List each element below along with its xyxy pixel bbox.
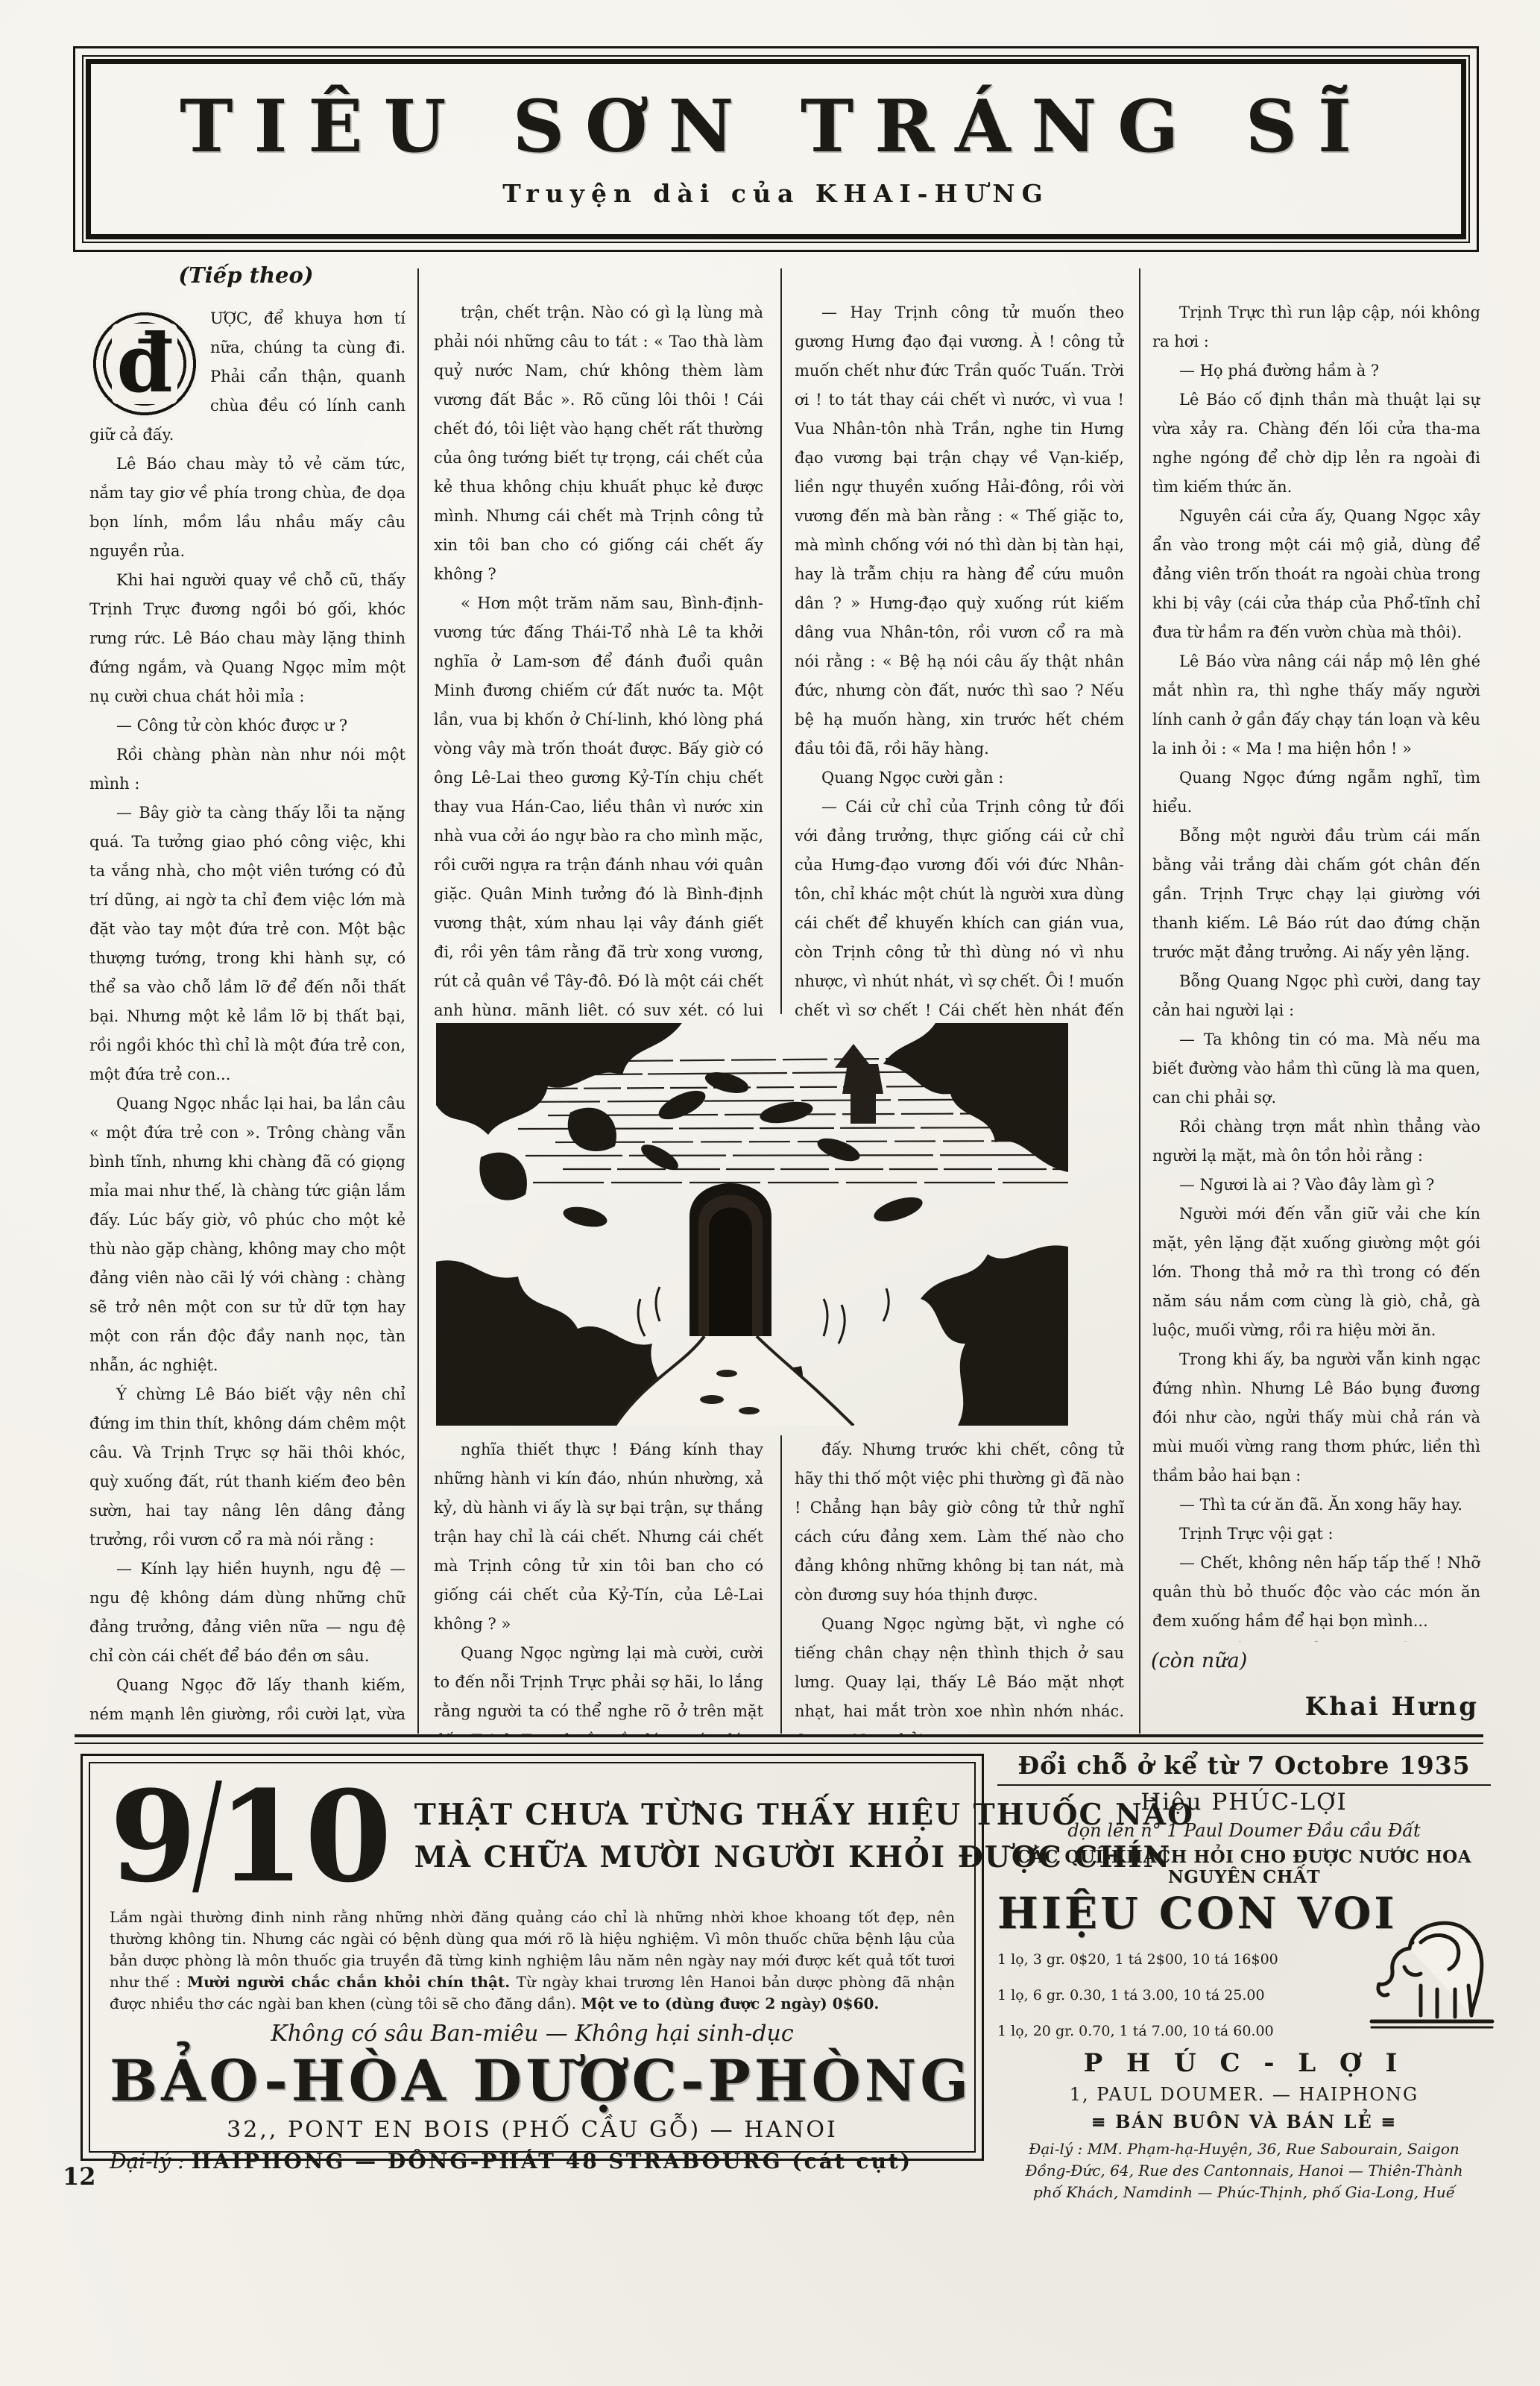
lead-paragraph: đƯỢC, để khuya hơn tí nữa, chúng ta cùng… — [89, 304, 405, 450]
paragraph: Đại-lý : MM. Phạm-hạ-Huyện, 36, Rue Sabo… — [997, 2138, 1491, 2160]
score-numerator: 9 — [110, 1774, 197, 1899]
ad-phuc-loi: Đổi chỗ ở kể từ 7 Octobre 1935 Hiệu PHÚC… — [997, 1751, 1491, 2168]
score-9-10: 9 10 — [110, 1774, 392, 1899]
masthead-subtitle: Truyện dài của KHAI-HƯNG — [502, 179, 1050, 208]
paragraph: Quang Ngọc nhắc lại hai, ba lần câu « mộ… — [89, 1089, 405, 1380]
paragraph: Quang Ngọc đứng ngẫm nghĩ, tìm hiểu. — [1152, 764, 1480, 822]
column-rule-2-bottom — [780, 1435, 782, 1734]
paragraph: Trong khi ấy, ba người vẫn kinh ngạc đứn… — [1152, 1345, 1480, 1491]
column-4-paragraphs: Trịnh Trực thì run lập cập, nói không ra… — [1152, 298, 1480, 1642]
paragraph: — Kính lạy hiền huynh, ngu đệ — ngu đệ k… — [89, 1555, 405, 1671]
ad-promise: CÁC QUÍ-KHÁCH HỎI CHO ĐƯỢC NƯỚC HOA NGUY… — [997, 1847, 1491, 1887]
paragraph: Bỗng một người đầu trùm cái mấn bằng vải… — [1152, 822, 1480, 967]
ad-bao-hoa: 9 10 THẬT CHƯA TỪNG THẤY HIỆU THUỐC NÀO … — [89, 1762, 976, 2153]
ad-shop-label: Hiệu PHÚC-LỢI — [997, 1789, 1491, 1816]
page-title: TIÊU SƠN TRÁNG SĨ — [180, 91, 1372, 163]
story-closing: (còn nữa) Khai Hưng — [1151, 1649, 1479, 1722]
ad-brand2: P H Ú C - L Ợ I — [997, 2048, 1491, 2078]
paragraph: Nguyên cái cửa ấy, Quang Ngọc xây ẩn vào… — [1152, 502, 1480, 647]
ad-body-bold-claim: Mười người chắc chắn khỏi chín thật. — [187, 1973, 510, 1991]
paragraph: — Thì ta cứ ăn đã. Ăn xong hãy hay. — [1152, 1491, 1480, 1520]
masthead-inner-frame: TIÊU SƠN TRÁNG SĨ Truyện dài của KHAI-HƯ… — [86, 59, 1466, 239]
paragraph: trận, chết trận. Nào có gì lạ lùng mà ph… — [434, 298, 763, 589]
paragraph: Quang Ngọc cười gằn : — [795, 764, 1124, 793]
ad-agents-value: HAIPHONG — ĐÔNG-PHÁT 48 STRABOURG (cát c… — [192, 2149, 912, 2173]
column-3-bottom-paragraphs: đấy. Nhưng trước khi chết, công tử hãy t… — [795, 1435, 1124, 1735]
paragraph: Lê Báo vừa nâng cái nắp mộ lên ghé mắt n… — [1152, 647, 1480, 764]
paragraph: nghĩa thiết thực ! Đáng kính thay những … — [434, 1435, 763, 1639]
story-column-3-top: — Hay Trịnh công tử muốn theo gương Hưng… — [795, 298, 1124, 1016]
ad-body-text: Lắm ngài thường đinh ninh rằng những nhờ… — [110, 1907, 955, 2015]
ad-price-line: Một ve to (dùng được 2 ngày) 0$60. — [581, 1995, 879, 2012]
ad-tagline: Không có sâu Ban-miêu — Không hại sinh-d… — [110, 2021, 955, 2047]
ad-sale-note: ≡ BÁN BUÔN VÀ BÁN LẺ ≡ — [997, 2111, 1491, 2132]
ad-shop-name: BẢO-HÒA DƯỢC-PHÒNG — [110, 2051, 955, 2111]
tomb-doorway — [689, 1183, 771, 1336]
paragraph: — Công tử còn khóc được ư ? — [89, 711, 405, 740]
column-2-top-paragraphs: trận, chết trận. Nào có gì lạ lùng mà ph… — [434, 298, 763, 1016]
paragraph: Lê Báo cố định thần mà thuật lại sự vừa … — [1152, 385, 1480, 502]
distant-pagoda — [835, 1044, 883, 1124]
paragraph: Ý chừng Lê Báo biết vậy nên chỉ đứng im … — [89, 1380, 405, 1555]
paragraph: — Chết, không nên hấp tấp thế ! Nhỡ quân… — [1152, 1549, 1480, 1636]
ad-agents-line: Đại-lý : HAIPHONG — ĐÔNG-PHÁT 48 STRABOU… — [110, 2149, 955, 2173]
story-column-3-bottom: đấy. Nhưng trước khi chết, công tử hãy t… — [795, 1435, 1124, 1735]
column-rule-2-top — [780, 268, 782, 1014]
paragraph: Người mới đến vẫn giữ vải che kín mặt, y… — [1152, 1200, 1480, 1345]
ad-agent-list: Đại-lý : MM. Phạm-hạ-Huyện, 36, Rue Sabo… — [997, 2138, 1491, 2203]
column-1-paragraphs: Lê Báo chau mày tỏ vẻ căm tức, nắm tay g… — [89, 450, 405, 1734]
story-column-2-top: trận, chết trận. Nào có gì lạ lùng mà ph… — [434, 298, 763, 1016]
ad-address2: 1, PAUL DOUMER. — HAIPHONG — [997, 2084, 1491, 2105]
column-2-bottom-paragraphs: nghĩa thiết thực ! Đáng kính thay những … — [434, 1435, 763, 1735]
story-column-4: Trịnh Trực thì run lập cập, nói không ra… — [1152, 298, 1480, 1642]
paragraph: Rồi chàng trợn mắt nhìn thẳng vào người … — [1152, 1112, 1480, 1171]
elephant-icon — [1369, 1896, 1495, 2034]
story-column-2-bottom: nghĩa thiết thực ! Đáng kính thay những … — [434, 1435, 763, 1735]
column-3-top-paragraphs: — Hay Trịnh công tử muốn theo gương Hưng… — [795, 298, 1124, 1016]
paragraph: Khi hai người quay về chỗ cũ, thấy Trịnh… — [89, 566, 405, 711]
paragraph: Rồi chàng phàn nàn như nói một mình : — [89, 740, 405, 799]
section-divider — [75, 1734, 1483, 1744]
paragraph: Bỗng Quang Ngọc phì cười, dang tay cản h… — [1152, 967, 1480, 1025]
paragraph: Quang Ngọc đỡ lấy thanh kiếm, ném mạnh l… — [89, 1671, 405, 1734]
continuation-note: (Tiếp theo) — [89, 262, 403, 288]
paragraph: Quang Ngọc ngừng lại mà cười, cười to đế… — [434, 1639, 763, 1735]
ad-bao-hoa-frame: 9 10 THẬT CHƯA TỪNG THẤY HIỆU THUỐC NÀO … — [81, 1754, 984, 2161]
paragraph: — Họ phá đường hầm à ? — [1152, 356, 1480, 385]
ad-bao-hoa-header: 9 10 THẬT CHƯA TỪNG THẤY HIỆU THUỐC NÀO … — [110, 1774, 955, 1899]
ad-agents-label: Đại-lý : — [110, 2149, 185, 2173]
page-number: 12 — [63, 2162, 96, 2191]
paragraph: Trịnh Trực thì run lập cập, nói không ra… — [1152, 298, 1480, 356]
paragraph: — Hay Trịnh công tử muốn theo gương Hưng… — [795, 298, 1124, 764]
paragraph: « Hơn một trăm năm sau, Bình-định-vương … — [434, 589, 763, 1016]
paragraph: Đồng-Đức, 64, Rue des Cantonnais, Hanoi … — [997, 2160, 1491, 2182]
column-rule-3 — [1139, 268, 1140, 1734]
paragraph: Lê Báo chau mày tỏ vẻ căm tức, nắm tay g… — [89, 450, 405, 566]
paragraph: đấy. Nhưng trước khi chết, công tử hãy t… — [795, 1435, 1124, 1610]
woodcut-illustration — [436, 1023, 1068, 1426]
paragraph: phố Khách, Namdinh — Phúc-Thịnh, phố Gia… — [997, 2182, 1491, 2203]
paragraph: Trịnh Trực vội gạt : — [1152, 1520, 1480, 1549]
score-denominator: 10 — [218, 1774, 392, 1899]
author-signature: Khai Hưng — [1151, 1692, 1479, 1722]
paragraph: — Bây giờ ta càng thấy lỗi ta nặng quá. … — [89, 799, 405, 1089]
masthead-frame: TIÊU SƠN TRÁNG SĨ Truyện dài của KHAI-HƯ… — [73, 46, 1479, 252]
ad-brand-row: HIỆU CON VOI 1 lọ, 3 gr. 0$20, 1 tá 2$00… — [997, 1892, 1491, 2048]
ad-move-detail: dọn lên n° 1 Paul Doumer Đầu cầu Đất — [997, 1820, 1491, 1841]
dropcap-ornament: đ — [89, 309, 200, 419]
ad-move-notice: Đổi chỗ ở kể từ 7 Octobre 1935 — [997, 1751, 1491, 1786]
paragraph: — Ngươi là ai ? Vào đây làm gì ? — [1152, 1171, 1480, 1200]
ad-shop-address: 32,, PONT EN BOIS (PHỐ CẦU GỖ) — HANOI — [110, 2117, 955, 2143]
paragraph: — Ta không tin có ma. Mà nếu ma biết đườ… — [1152, 1025, 1480, 1112]
to-be-continued-note: (còn nữa) — [1151, 1649, 1479, 1672]
paragraph: — Cái cử chỉ của Trịnh công tử đối với đ… — [795, 793, 1124, 1016]
paragraph: Quang Ngọc ngừng bặt, vì nghe có tiếng c… — [795, 1610, 1124, 1735]
dropcap-letter: đ — [112, 324, 177, 404]
paragraph: Một tiếng cười ở trong mấn đưa ra đáp lạ… — [1152, 1636, 1480, 1642]
newspaper-page: TIÊU SƠN TRÁNG SĨ Truyện dài của KHAI-HƯ… — [0, 0, 1540, 2386]
story-column-1: đƯỢC, để khuya hơn tí nữa, chúng ta cùng… — [89, 304, 405, 1734]
column-rule-1 — [417, 268, 419, 1734]
